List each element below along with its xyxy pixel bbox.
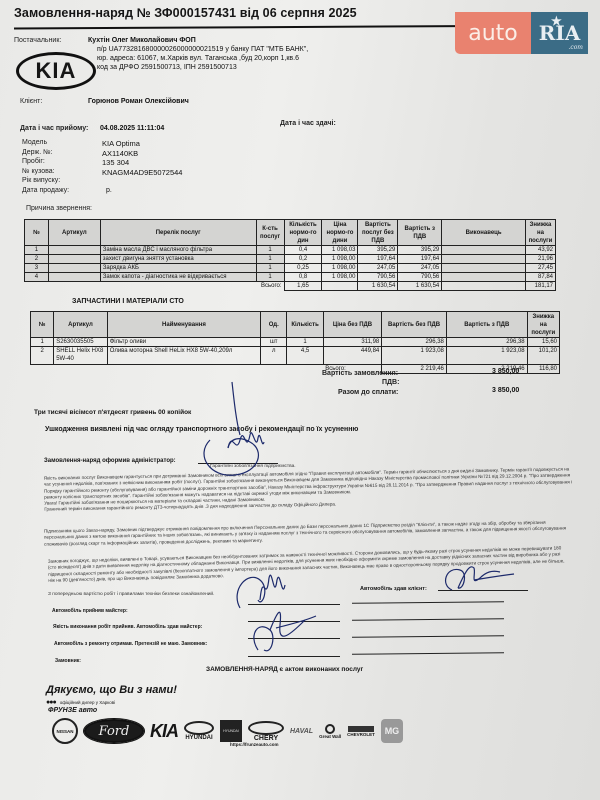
client-handed-label: Автомобіль здав клієнт: [360, 586, 427, 592]
thanks-message: Дякуємо, що Ви з нами! [46, 684, 177, 696]
chevrolet-logo: CHEVROLET [347, 726, 375, 737]
services-total-row: Всього: 1,65 1 630,54 1 630,54 181,17 [25, 282, 556, 291]
parts-total-row: Всього: 2 219,46 2 219,46 116,80 [31, 365, 560, 374]
kia-logo: KIA [16, 52, 96, 90]
dealer-name: ФРУНЗЕ авто [48, 707, 97, 714]
nissan-logo: NISSAN [52, 718, 78, 744]
supplier-codes: код за ДРФО 2591500713, ІПН 2591500713 [97, 64, 237, 71]
parts-table: № Артикул Найменування Од. Кількість Цін… [30, 311, 560, 374]
supplier-label: Постачальник: [14, 37, 61, 44]
hyundai-badge-logo: HYUNDAI [220, 720, 242, 742]
signature-client-icon [440, 560, 520, 595]
table-row: 2захист двигуна зняття установка10,21 09… [25, 255, 556, 264]
document-title: Замовлення-наряд № ЗФ000157431 від 06 се… [14, 6, 357, 20]
order-cost-label: Вартість замовлення: [322, 370, 398, 377]
accept-date-value: 04.08.2025 11:11:04 [100, 125, 164, 132]
vehicle-field-mileage: Пробіг:135 304 [22, 158, 182, 168]
chery-logo: CHERY [248, 721, 284, 742]
table-row: 4Замок капота - діагностика не відкриває… [25, 273, 556, 282]
vat-label: ПДВ: [382, 379, 399, 386]
vehicle-fields: МодельKIA Optima Держ. №:AX1140KB Пробіг… [22, 139, 182, 196]
watermark-auto: auto [455, 12, 531, 54]
services-table: № Артикул Перелік послуг К-сть послуг Кі… [24, 219, 556, 291]
autoria-watermark: auto ★ RIA .com [455, 12, 588, 54]
great-wall-icon [325, 724, 335, 734]
brand-logos: NISSAN Ford KIA HYUNDAI HYUNDAI CHERY HA… [52, 718, 403, 744]
act-note: ЗАМОВЛЕННЯ-НАРЯД є актом виконаних послу… [206, 666, 363, 673]
parts-header-row: № Артикул Найменування Од. Кількість Цін… [31, 312, 560, 338]
master-accepted-label: Автомобіль прийняв майстер: [52, 608, 128, 614]
table-row: 1S2630035505Фільтр оливишт1311,98296,382… [31, 338, 560, 347]
reason-label: Причина звернення: [26, 205, 92, 212]
amount-in-words: Три тисячі вісімсот п'ятдесят гривень 00… [34, 409, 191, 416]
vehicle-field-vin: № кузова:KNAGM4AD9E5072544 [22, 168, 182, 178]
signature-quality-icon [250, 600, 320, 660]
customer-label: Замовник: [55, 658, 81, 664]
haval-logo: HAVAL [290, 728, 313, 735]
prelim-cost-note: З попередньою вартістю робіт і правилами… [48, 592, 214, 597]
accept-date-label: Дата і час прийому: [20, 125, 88, 132]
ford-logo: Ford [84, 719, 144, 743]
vehicle-field-plate: Держ. №:AX1140KB [22, 149, 182, 159]
dealer-logo: ●●● офіційний дилер у Харкові [46, 699, 115, 706]
vehicle-field-sale-date: Дата продажу:р. [22, 187, 182, 197]
table-row: 1Заміна масла ДВС і масляного фільтра10,… [25, 246, 556, 255]
supplier-address: юр. адреса: 61067, м.Харків вул. Тагансь… [97, 55, 299, 62]
master-name-line [352, 601, 504, 604]
table-row: 3Зарядка АКБ10,251 098,00247,05247,0527,… [25, 264, 556, 273]
watermark-ria: ★ RIA .com [531, 12, 588, 54]
warranty-text: Якість виконаних послуг Виконавцем гаран… [44, 466, 575, 513]
parts-title: ЗАПЧАСТИНИ І МАТЕРІАЛИ СТО [72, 298, 184, 305]
order-cost-value: 3 850,00 [492, 368, 519, 375]
total-due-value: 3 850,00 [492, 387, 519, 394]
services-header-row: № Артикул Перелік послуг К-сть послуг Кі… [25, 220, 556, 246]
quality-accepted-label: Якість виконання робіт прийняв. Автомобі… [53, 624, 202, 630]
work-order-document: Замовлення-наряд № ЗФ000157431 від 06 се… [0, 0, 600, 800]
mg-logo: MG [381, 719, 403, 743]
supplier-name: Кухтін Олег Миколайович ФОП [88, 37, 196, 44]
client-label: Клієнт: [20, 98, 42, 105]
total-due-label: Разом до сплати: [338, 389, 398, 396]
signature-admin-icon [190, 380, 280, 480]
vehicle-field-model: МодельKIA Optima [22, 139, 182, 149]
hyundai-oval-icon [184, 721, 214, 735]
supplier-account: п/р UA773281680000026000000021519 у банк… [97, 46, 308, 53]
chery-oval-icon [248, 721, 284, 735]
received-name-line [352, 635, 504, 638]
received-label: Автомобіль з ремонту отримав. Претензій … [54, 641, 207, 647]
quality-name-line [352, 618, 504, 621]
dots-icon: ●●● [46, 699, 56, 706]
handover-date-label: Дата і час здачі: [280, 120, 336, 127]
client-name: Горюнов Роман Олексійович [88, 98, 189, 105]
table-row: 2SHELL Helix HX8 5W-40Олива моторна Shel… [31, 347, 560, 365]
vehicle-field-year: Рік випуску: [22, 177, 182, 187]
personal-data-consent: Підписанням цього Заказ-наряду, Замовник… [44, 519, 574, 547]
hyundai-logo: HYUNDAI [184, 721, 214, 741]
kia-brand-logo: KIA [150, 721, 178, 742]
great-wall-logo: Great Wall [319, 724, 341, 739]
star-icon: ★ [551, 14, 562, 28]
dealer-url[interactable]: https://frunzeauto.com [230, 742, 279, 747]
customer-name-line [352, 652, 504, 655]
admin-label: Замовлення-наряд оформив адміністратор: [44, 458, 176, 464]
